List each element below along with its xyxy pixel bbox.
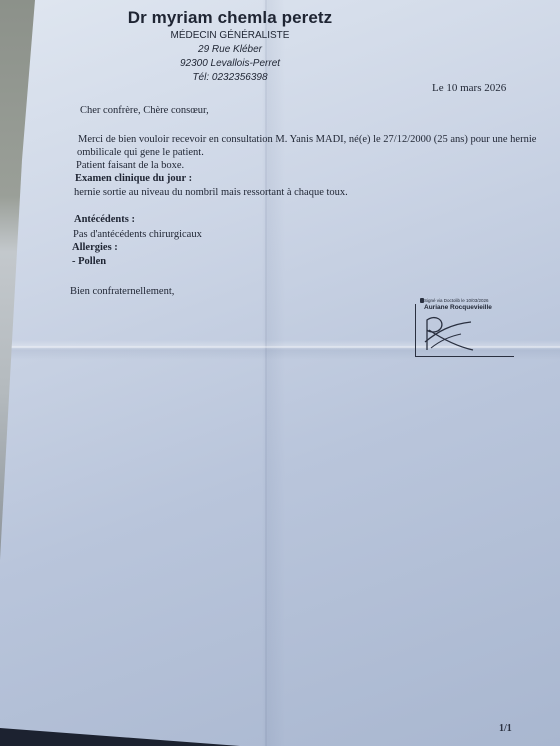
letter-date: Le 10 mars 2026	[432, 82, 506, 94]
body-line-2: ombilicale qui gene le patient.	[77, 147, 204, 158]
doctor-name: Dr myriam chemla peretz	[60, 8, 400, 28]
address-street: 29 Rue Kléber	[60, 44, 400, 55]
electronic-signature: Signé via Doctolib le 10/03/2026 Auriane…	[413, 298, 518, 360]
signature-note: Signé via Doctolib le 10/03/2026	[424, 298, 489, 303]
exam-heading: Examen clinique du jour :	[75, 173, 192, 184]
doctor-specialty: MÉDECIN GÉNÉRALISTE	[60, 30, 400, 41]
fold-crease-vertical	[265, 0, 267, 746]
phone-number: Tél: 0232356398	[60, 72, 400, 83]
history-text: Pas d'antécédents chirurgicaux	[73, 229, 202, 240]
allergy-item: - Pollen	[72, 256, 106, 267]
exam-text: hernie sortie au niveau du nombril mais …	[74, 187, 348, 198]
closing: Bien confraternellement,	[70, 286, 174, 297]
letterhead: Dr myriam chemla peretz MÉDECIN GÉNÉRALI…	[0, 8, 400, 83]
signer-name: Auriane Rocquevieille	[424, 304, 492, 311]
history-heading: Antécédents :	[74, 214, 135, 225]
body-line-3: Patient faisant de la boxe.	[76, 160, 184, 171]
handwritten-signature-icon	[421, 312, 481, 354]
address-city: 92300 Levallois-Perret	[60, 58, 400, 69]
page-indicator: 1/1	[499, 723, 512, 734]
body-line-1: Merci de bien vouloir recevoir en consul…	[78, 134, 536, 145]
letter-page: Dr myriam chemla peretz MÉDECIN GÉNÉRALI…	[0, 0, 560, 746]
allergies-heading: Allergies :	[72, 242, 118, 253]
salutation: Cher confrère, Chère consœur,	[80, 105, 209, 116]
